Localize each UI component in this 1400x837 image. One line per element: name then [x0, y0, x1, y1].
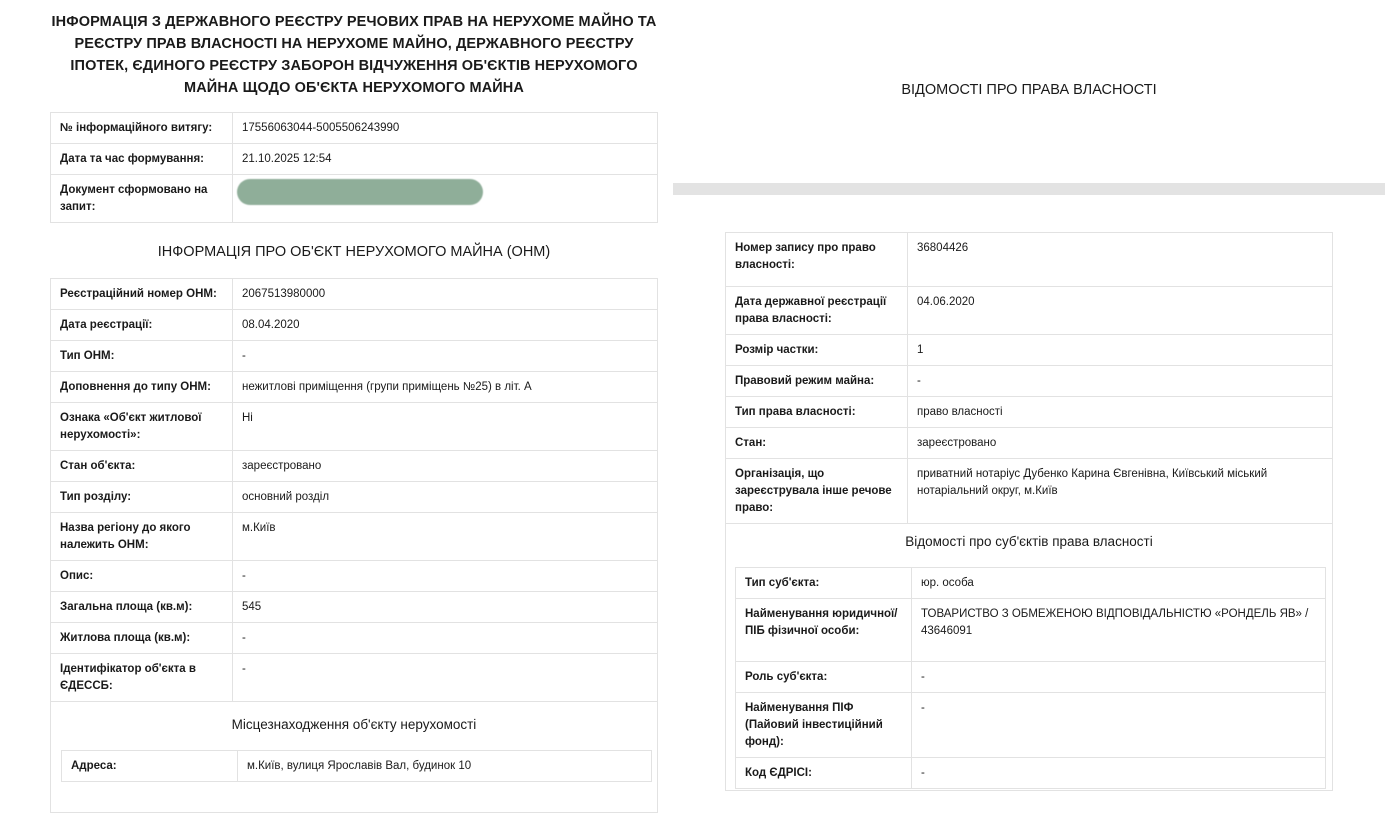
- extract-info-table: № інформаційного витягу:17556063044-5005…: [50, 112, 658, 223]
- field-value: 2067513980000: [233, 279, 658, 310]
- field-label: Загальна площа (кв.м):: [51, 592, 233, 623]
- field-value: м.Київ: [233, 513, 658, 561]
- field-value: м.Київ, вулиця Ярославів Вал, будинок 10: [238, 751, 652, 782]
- ownership-table: Номер запису про право власності:3680442…: [725, 232, 1333, 524]
- field-value: 1: [908, 335, 1333, 366]
- onm-row: Загальна площа (кв.м):545: [51, 592, 658, 623]
- field-label: Реєстраційний номер ОНМ:: [51, 279, 233, 310]
- field-label: Ознака «Об'єкт житлової нерухомості»:: [51, 403, 233, 451]
- field-value: 04.06.2020: [908, 287, 1333, 335]
- field-value: основний розділ: [233, 482, 658, 513]
- field-label: Код ЄДРІСІ:: [736, 758, 912, 789]
- onm-row: Житлова площа (кв.м):-: [51, 623, 658, 654]
- field-label: Стан об'єкта:: [51, 451, 233, 482]
- subject-row: Найменування ПІФ (Пайовий інвестиційний …: [736, 693, 1326, 758]
- ownership-row: Розмір частки:1: [726, 335, 1333, 366]
- field-value: юр. особа: [912, 568, 1326, 599]
- extract-row: № інформаційного витягу:17556063044-5005…: [51, 113, 658, 144]
- location-section: Місцезнаходження об'єкту нерухомості Адр…: [50, 686, 658, 813]
- field-label: Розмір частки:: [726, 335, 908, 366]
- extract-row: Дата та час формування:21.10.2025 12:54: [51, 144, 658, 175]
- extract-row: Документ сформовано на запит:: [51, 175, 658, 223]
- field-label: Житлова площа (кв.м):: [51, 623, 233, 654]
- field-value: -: [908, 366, 1333, 397]
- field-value: 08.04.2020: [233, 310, 658, 341]
- field-label: Номер запису про право власності:: [726, 233, 908, 287]
- onm-row: Дата реєстрації:08.04.2020: [51, 310, 658, 341]
- field-label: Організація, що зареєструвала інше речов…: [726, 459, 908, 524]
- field-value: 545: [233, 592, 658, 623]
- field-label: Дата державної реєстрації права власност…: [726, 287, 908, 335]
- field-value: [233, 175, 658, 223]
- subject-row: Найменування юридичної/ПІБ фізичної особ…: [736, 599, 1326, 662]
- field-label: Тип ОНМ:: [51, 341, 233, 372]
- field-value: приватний нотаріус Дубенко Карина Євгені…: [908, 459, 1333, 524]
- ownership-row: Тип права власності:право власності: [726, 397, 1333, 428]
- subject-row: Код ЄДРІСІ:-: [736, 758, 1326, 789]
- field-label: Документ сформовано на запит:: [51, 175, 233, 223]
- field-label: Тип суб'єкта:: [736, 568, 912, 599]
- field-value: право власності: [908, 397, 1333, 428]
- subjects-table: Тип суб'єкта:юр. особаНайменування юриди…: [735, 567, 1326, 789]
- field-value: -: [912, 693, 1326, 758]
- field-value: -: [233, 341, 658, 372]
- ownership-row: Правовий режим майна:-: [726, 366, 1333, 397]
- onm-row: Реєстраційний номер ОНМ:2067513980000: [51, 279, 658, 310]
- document-title: ІНФОРМАЦІЯ З ДЕРЖАВНОГО РЕЄСТРУ РЕЧОВИХ …: [48, 11, 660, 99]
- field-label: Доповнення до типу ОНМ:: [51, 372, 233, 403]
- field-label: Правовий режим майна:: [726, 366, 908, 397]
- location-section-title: Місцезнаходження об'єкту нерухомості: [51, 717, 657, 732]
- field-value: -: [233, 623, 658, 654]
- onm-row: Опис:-: [51, 561, 658, 592]
- field-label: Роль суб'єкта:: [736, 662, 912, 693]
- field-value: ТОВАРИСТВО З ОБМЕЖЕНОЮ ВІДПОВІДАЛЬНІСТЮ …: [912, 599, 1326, 662]
- location-row: Адреса:м.Київ, вулиця Ярославів Вал, буд…: [62, 751, 652, 782]
- redacted-value: [237, 179, 483, 205]
- field-label: Тип розділу:: [51, 482, 233, 513]
- field-value: зареєстровано: [908, 428, 1333, 459]
- field-value: -: [912, 662, 1326, 693]
- ownership-row: Стан:зареєстровано: [726, 428, 1333, 459]
- field-label: Тип права власності:: [726, 397, 908, 428]
- onm-section-title: ІНФОРМАЦІЯ ПРО ОБ'ЄКТ НЕРУХОМОГО МАЙНА (…: [50, 244, 658, 260]
- field-label: Назва регіону до якого належить ОНМ:: [51, 513, 233, 561]
- field-label: Стан:: [726, 428, 908, 459]
- field-value: нежитлові приміщення (групи приміщень №2…: [233, 372, 658, 403]
- onm-row: Тип розділу:основний розділ: [51, 482, 658, 513]
- field-label: Опис:: [51, 561, 233, 592]
- onm-table: Реєстраційний номер ОНМ:2067513980000Дат…: [50, 278, 658, 702]
- onm-row: Стан об'єкта:зареєстровано: [51, 451, 658, 482]
- field-value: зареєстровано: [233, 451, 658, 482]
- onm-row: Доповнення до типу ОНМ:нежитлові приміще…: [51, 372, 658, 403]
- field-label: Адреса:: [62, 751, 238, 782]
- field-value: Ні: [233, 403, 658, 451]
- ownership-row: Дата державної реєстрації права власност…: [726, 287, 1333, 335]
- field-label: Дата та час формування:: [51, 144, 233, 175]
- field-value: -: [912, 758, 1326, 789]
- subjects-section-title: Відомості про суб'єктів права власності: [726, 534, 1332, 549]
- field-value: 36804426: [908, 233, 1333, 287]
- onm-row: Ознака «Об'єкт житлової нерухомості»:Ні: [51, 403, 658, 451]
- location-table: Адреса:м.Київ, вулиця Ярославів Вал, буд…: [61, 750, 652, 782]
- subject-row: Тип суб'єкта:юр. особа: [736, 568, 1326, 599]
- onm-row: Назва регіону до якого належить ОНМ:м.Ки…: [51, 513, 658, 561]
- onm-row: Тип ОНМ:-: [51, 341, 658, 372]
- field-value: 17556063044-5005506243990: [233, 113, 658, 144]
- field-label: Найменування ПІФ (Пайовий інвестиційний …: [736, 693, 912, 758]
- ownership-section: Номер запису про право власності:3680442…: [725, 232, 1333, 791]
- section-divider: [673, 183, 1385, 195]
- ownership-section-title: ВІДОМОСТІ ПРО ПРАВА ВЛАСНОСТІ: [673, 82, 1385, 98]
- field-label: Дата реєстрації:: [51, 310, 233, 341]
- field-label: № інформаційного витягу:: [51, 113, 233, 144]
- field-value: -: [233, 561, 658, 592]
- field-value: 21.10.2025 12:54: [233, 144, 658, 175]
- subject-row: Роль суб'єкта:-: [736, 662, 1326, 693]
- ownership-row: Організація, що зареєструвала інше речов…: [726, 459, 1333, 524]
- ownership-row: Номер запису про право власності:3680442…: [726, 233, 1333, 287]
- field-label: Найменування юридичної/ПІБ фізичної особ…: [736, 599, 912, 662]
